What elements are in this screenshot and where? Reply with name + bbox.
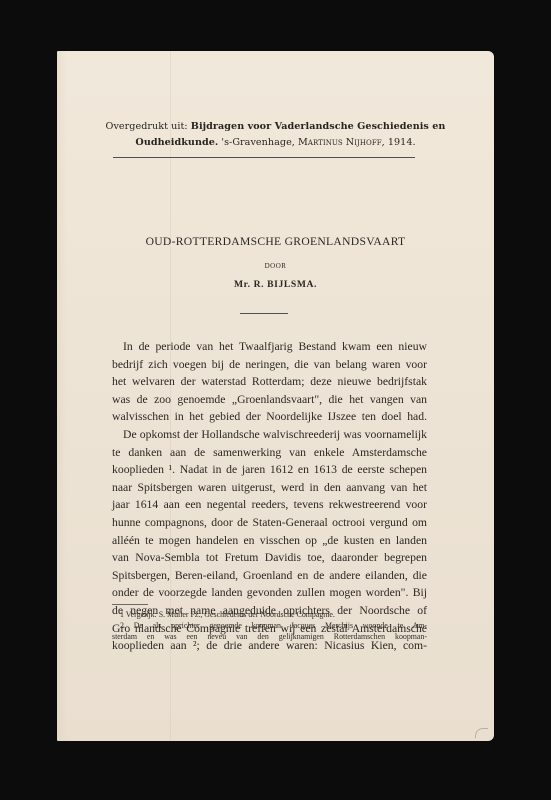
body-line: De opkomst der Hollandsche walvischreede… bbox=[123, 428, 427, 441]
body-line: In de periode van het Twaalfjarig Bestan… bbox=[123, 340, 427, 353]
footnote-2-continued: sterdam en was een neveu van den gelijkn… bbox=[112, 632, 427, 641]
body-line: kooplieden aan ²; de drie andere waren: … bbox=[112, 639, 427, 652]
body-line: onder de voorzegde landen gevonden zulle… bbox=[112, 586, 427, 599]
offprint-prefix: Overgedrukt uit: bbox=[106, 121, 191, 132]
document-page: Overgedrukt uit: Bijdragen voor Vaderlan… bbox=[57, 51, 494, 741]
journal-title-part-1: Bijdragen voor Vaderlandsche Geschiedeni… bbox=[191, 121, 446, 132]
body-line: kooplieden ¹. Nadat in de jaren 1612 en … bbox=[112, 463, 427, 476]
paper-corner-crease bbox=[475, 728, 488, 738]
title-divider-rule bbox=[240, 313, 288, 314]
body-line: walvisschen in het gebied der Noordelijk… bbox=[112, 410, 427, 423]
footnote-divider-rule bbox=[112, 604, 148, 605]
offprint-header-line-1: Overgedrukt uit: Bijdragen voor Vaderlan… bbox=[57, 121, 494, 132]
journal-title-part-2: Oudheidkunde. bbox=[135, 137, 218, 148]
publication-year: , 1914. bbox=[382, 137, 416, 148]
body-line: naar Spitsbergen waren uitgerust, werd i… bbox=[112, 481, 427, 494]
body-line: te danken aan de samenwerking van enkele… bbox=[112, 446, 427, 459]
footnote-2: 2 De als oprichter genoemde koopman Jacq… bbox=[120, 621, 427, 630]
body-line: alléén te mogen handelen en visschen op … bbox=[112, 534, 427, 547]
body-line: was de zoo genoemde „Groenlandsvaart", d… bbox=[112, 393, 427, 406]
publisher-name: Martinus Nijhoff bbox=[298, 137, 382, 148]
author-name: Mr. R. BIJLSMA. bbox=[57, 279, 494, 290]
body-line: bedrijf zich voegen bij de neringen, die… bbox=[112, 358, 427, 371]
body-line: Spitsbergen, Beren-eiland, Groenland en … bbox=[112, 569, 427, 582]
body-line: van Nova-Sembla tot Fretum Davidis toe, … bbox=[112, 551, 427, 564]
body-line: hunne compagnons, door de Staten-Generaa… bbox=[112, 516, 427, 529]
body-line: jaar 1614 aan een negental reeders, teve… bbox=[112, 498, 427, 511]
publication-place: 's-Gravenhage, bbox=[218, 137, 298, 148]
footnote-1: 1 Vergelijk: S. Muller Fz., Geschiedenis… bbox=[120, 610, 427, 619]
offprint-header-line-2: Oudheidkunde. 's-Gravenhage, Martinus Ni… bbox=[57, 137, 494, 148]
article-title: OUD-ROTTERDAMSCHE GROENLANDSVAART bbox=[57, 235, 494, 248]
by-label: DOOR bbox=[57, 262, 494, 270]
header-divider-rule bbox=[113, 157, 415, 158]
body-line: het welvaren der waterstad Rotterdam; de… bbox=[112, 375, 427, 388]
